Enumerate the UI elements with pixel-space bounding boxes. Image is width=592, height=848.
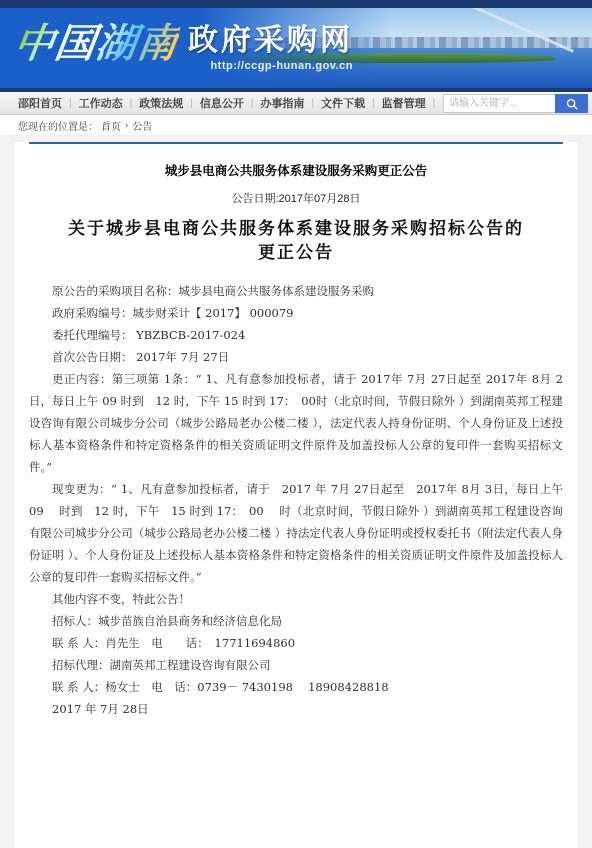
paragraph-correction-content: 更正内容：第三项第 1条：“ 1、凡有意参加投标者，请于 2017年 7月 27… — [29, 368, 563, 478]
signature-date: 2017 年 7月 28日 — [29, 698, 563, 720]
paragraph-other-unchanged: 其他内容不变，特此公告！ — [29, 588, 563, 610]
breadcrumb: 您现在的位置是： 首页 › 公告 — [0, 115, 592, 136]
announcement-title: 城步县电商公共服务体系建设服务采购更正公告 — [29, 144, 563, 179]
paragraph-tender-agent: 招标代理：湖南英邦工程建设咨询有限公司 — [29, 654, 563, 676]
nav-separator: | — [433, 98, 436, 109]
search-icon — [566, 98, 578, 110]
page-content-area: 城步县电商公共服务体系建设服务采购更正公告 公告日期:2017年07月28日 关… — [0, 142, 592, 848]
main-navigation: 邵阳首页 | 工作动态 | 政策法规 | 信息公开 | 办事指南 | 文件下载 … — [0, 92, 592, 115]
paragraph-original-project-name: 原公告的采购项目名称：城步县电商公共服务体系建设服务采购 — [29, 280, 563, 302]
nav-separator: | — [69, 98, 72, 109]
paragraph-tenderee: 招标人：城步苗族自治县商务和经济信息化局 — [29, 610, 563, 632]
nav-separator: | — [251, 98, 254, 109]
site-logo[interactable]: 中国湖南 政府采购网 http://ccgp-hunan.gov.cn — [14, 16, 353, 72]
breadcrumb-prefix: 您现在的位置是： — [18, 118, 98, 133]
announcement-body: 原公告的采购项目名称：城步县电商公共服务体系建设服务采购 政府采购编号：城步财采… — [29, 280, 563, 720]
site-banner: 中国湖南 政府采购网 http://ccgp-hunan.gov.cn — [0, 8, 592, 88]
search-input[interactable] — [443, 94, 555, 113]
nav-item-policies[interactable]: 政策法规 — [139, 95, 183, 111]
logo-calligraphy-text: 中国湖南 — [10, 16, 182, 72]
paragraph-procurement-number: 政府采购编号：城步财采计【 2017】 000079 — [29, 302, 563, 324]
nav-item-work-news[interactable]: 工作动态 — [79, 95, 123, 111]
top-accent-bar — [0, 0, 592, 8]
site-url: http://ccgp-hunan.gov.cn — [210, 60, 353, 72]
search-box — [443, 94, 588, 113]
nav-separator: | — [311, 98, 314, 109]
subtitle-line-1: 关于城步县电商公共服务体系建设服务采购招标公告的 — [29, 217, 563, 241]
nav-item-downloads[interactable]: 文件下载 — [321, 95, 365, 111]
nav-item-service-guide[interactable]: 办事指南 — [260, 95, 304, 111]
nav-separator: | — [372, 98, 375, 109]
announcement-panel: 城步县电商公共服务体系建设服务采购更正公告 公告日期:2017年07月28日 关… — [15, 142, 577, 848]
paragraph-contact-1: 联 系 人：肖先生 电 话： 17711694860 — [29, 632, 563, 654]
site-title: 政府采购网 — [188, 24, 353, 58]
nav-item-shaoyang-home[interactable]: 邵阳首页 — [18, 95, 62, 111]
breadcrumb-current[interactable]: 公告 — [132, 118, 152, 133]
nav-separator: | — [190, 98, 193, 109]
subtitle-line-2: 更正公告 — [29, 241, 563, 265]
paragraph-first-announce-date: 首次公告日期： 2017年 7月 27日 — [29, 346, 563, 368]
paragraph-agency-number: 委托代理编号： YBZBCB-2017-024 — [29, 324, 563, 346]
announcement-subtitle: 关于城步县电商公共服务体系建设服务采购招标公告的 更正公告 — [29, 217, 563, 265]
breadcrumb-home-link[interactable]: 首页 — [101, 118, 121, 133]
nav-separator: | — [130, 98, 133, 109]
nav-item-info-disclosure[interactable]: 信息公开 — [200, 95, 244, 111]
search-button[interactable] — [555, 94, 588, 113]
paragraph-changed-to: 现变更为：“ 1、凡有意参加投标者，请于 2017 年 7月 27日起至 201… — [29, 478, 563, 588]
breadcrumb-separator: › — [125, 120, 128, 131]
paragraph-contact-2: 联 系 人：杨女士 电 话：0739－ 7430198 18908428818 — [29, 676, 563, 698]
nav-item-supervision[interactable]: 监督管理 — [382, 95, 426, 111]
announcement-date: 公告日期:2017年07月28日 — [29, 190, 563, 206]
